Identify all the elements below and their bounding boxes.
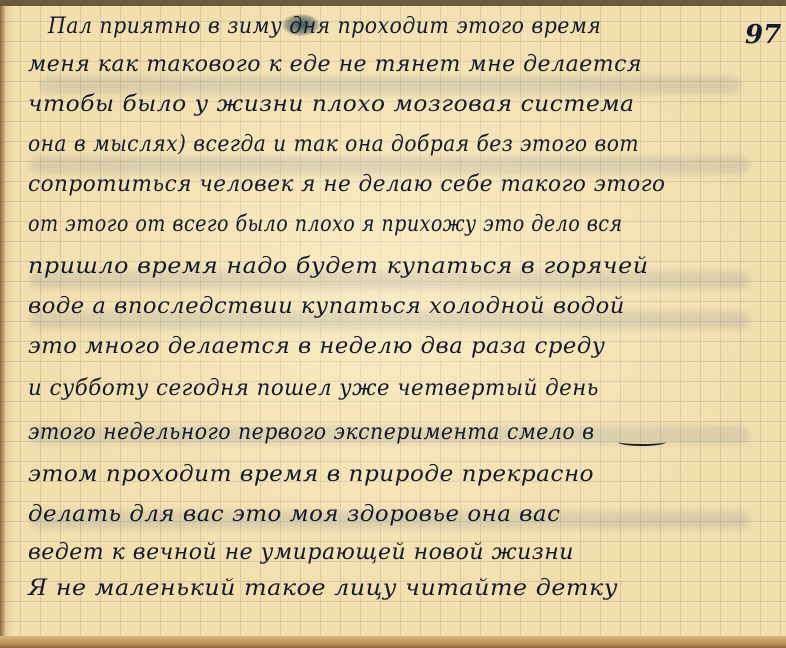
text-line-10: и субботу сегодня пошел уже четвертый де… <box>28 376 599 401</box>
text-line-12: этом проходит время в природе прекрасно <box>28 462 594 487</box>
text-line-8: воде а впоследствии купаться холодной во… <box>28 294 625 319</box>
text-line-2: меня как такового к еде не тянет мне дел… <box>28 52 642 77</box>
page-number: 97 <box>745 20 781 50</box>
text-line-13: делать для вас это моя здоровье она вас <box>28 502 561 527</box>
underline-mark <box>618 438 666 446</box>
text-line-1: Пал приятно в зиму дня проходит этого вр… <box>48 14 601 39</box>
text-line-15: Я не маленький такое лицу читайте детку <box>28 576 618 601</box>
text-line-9: это много делается в неделю два раза сре… <box>28 334 605 359</box>
notebook-page: 97 Пал приятно в зиму дня проходит этого… <box>0 0 786 642</box>
text-line-3: чтобы было у жизни плохо мозговая систем… <box>28 92 635 117</box>
text-line-11: этого недельного первого эксперимента см… <box>28 420 594 445</box>
text-line-4: она в мыслях) всегда и так она добрая бе… <box>28 132 639 157</box>
text-line-6: от этого от всего было плохо я прихожу э… <box>28 212 623 237</box>
text-line-7: пришло время надо будет купаться в горяч… <box>28 254 649 279</box>
page-bottom-edge <box>0 636 786 642</box>
text-line-5: сопротиться человек я не делаю себе тако… <box>28 172 666 197</box>
page-binding-edge <box>0 6 6 642</box>
text-line-14: ведет к вечной не умирающей новой жизни <box>28 540 574 565</box>
